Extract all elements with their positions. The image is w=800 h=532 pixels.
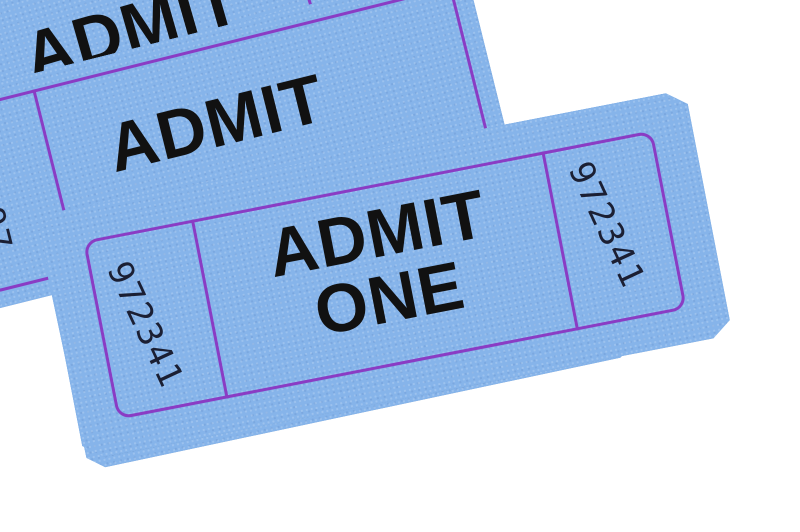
tickets-photo: ADMIT ADMIT 972 ADMIT 97 ADMIT 97 972341…: [0, 0, 800, 532]
